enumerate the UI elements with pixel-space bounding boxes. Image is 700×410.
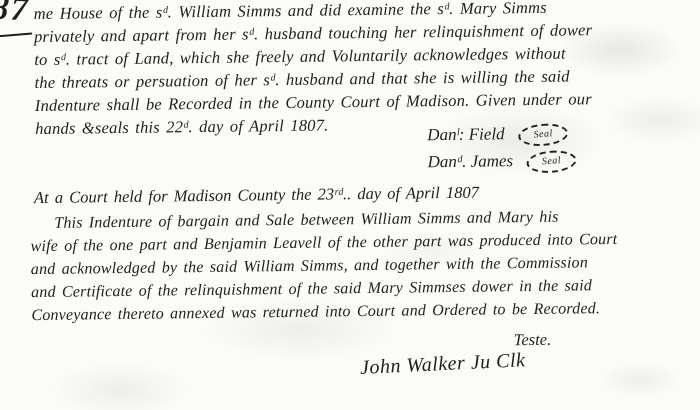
seal-mark: Seal — [517, 122, 569, 148]
document-content: 87 me House of the sᵈ. William Simms and… — [0, 0, 700, 410]
paragraph-indenture: This Indenture of bargain and Sale betwe… — [30, 205, 618, 327]
document-page: 87 me House of the sᵈ. William Simms and… — [0, 0, 700, 410]
paragraph-relinquishment: me House of the sᵈ. William Simms and di… — [34, 0, 594, 140]
attestation-teste: Teste. — [514, 330, 552, 350]
signature-line: Danᵈ. James Seal — [427, 150, 576, 179]
signature-line: Danˡ: Field Seal — [427, 123, 576, 152]
court-session-line: At a Court held for Madison County the 2… — [34, 183, 479, 208]
margin-underline — [0, 33, 32, 39]
signature-name: Danˡ: Field — [427, 124, 505, 144]
signature-block: Danˡ: Field Seal Danᵈ. James Seal — [427, 123, 576, 179]
clerk-signature: John Walker Ju Clk — [360, 349, 526, 380]
margin-page-number: 87 — [0, 0, 31, 29]
seal-mark: Seal — [526, 149, 578, 175]
signature-name: Danᵈ. James — [427, 151, 513, 171]
